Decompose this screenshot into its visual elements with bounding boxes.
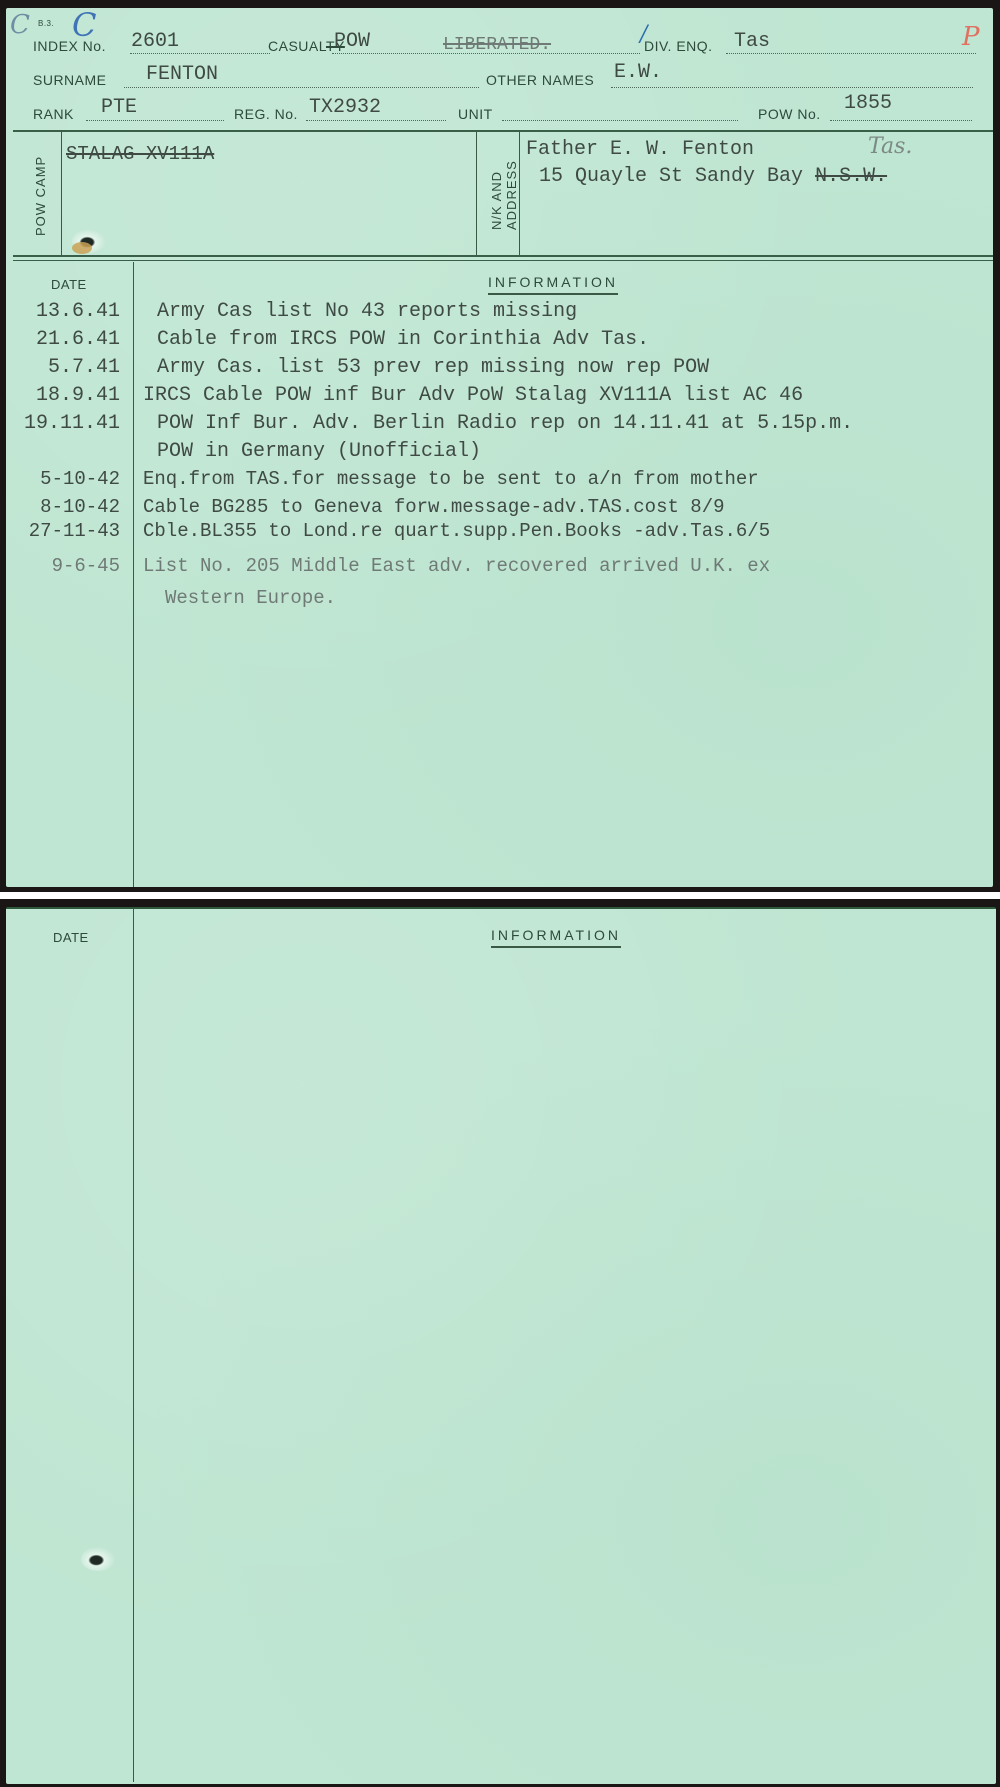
log-entry-date: 18.9.41 [8, 384, 120, 407]
log-entry-info: POW Inf Bur. Adv. Berlin Radio rep on 14… [157, 412, 853, 435]
div-enq-label: DIV. ENQ. [644, 38, 713, 54]
log-entry-continuation: POW in Germany (Unofficial) [157, 440, 481, 463]
pow-camp-right-divider [476, 131, 477, 255]
pow-no-label: POW No. [758, 106, 821, 122]
surname-value: FENTON [146, 63, 218, 86]
handwritten-p-mark: P [962, 22, 980, 52]
log-entry-info: Cble.BL355 to Lond.re quart.supp.Pen.Boo… [143, 520, 770, 542]
reg-no-dotted-line [306, 120, 446, 121]
stain-mark [72, 242, 92, 254]
box-top-rule [13, 130, 993, 132]
nok-address-struck-state: N.S.W. [815, 165, 887, 188]
other-names-dotted-line [611, 87, 973, 88]
nok-label-line1: N/K AND [489, 171, 504, 230]
reg-no-label: REG. No. [234, 106, 298, 122]
log-entry-date: 21.6.41 [8, 328, 120, 351]
card-back: DATE INFORMATION [6, 907, 996, 1784]
nok-label-divider [519, 131, 520, 255]
pow-camp-value: STALAG XV111A [66, 143, 214, 165]
index-label: INDEX No. [33, 38, 106, 54]
log-entry-date: 5-10-42 [8, 468, 120, 490]
unit-label: UNIT [458, 106, 493, 122]
form-code: B.3. [38, 19, 54, 28]
log-entry-info: List No. 205 Middle East adv. recovered … [143, 555, 770, 577]
surname-dotted-line [124, 87, 479, 88]
log-entry-date: 8-10-42 [8, 496, 120, 518]
index-dotted-line [130, 53, 270, 54]
div-enq-dotted-line [726, 53, 976, 54]
pow-no-value: 1855 [844, 92, 892, 115]
information-header: INFORMATION [488, 274, 618, 295]
card-front: C B.3. C / P INDEX No. 2601 CASUALTY POW… [6, 8, 993, 887]
log-entry-date: 19.11.41 [8, 412, 120, 435]
card-front-scan: C B.3. C / P INDEX No. 2601 CASUALTY POW… [0, 0, 1000, 892]
handwritten-c-mark: C [10, 10, 30, 40]
log-entry-info: Cable from IRCS POW in Corinthia Adv Tas… [157, 328, 649, 351]
log-entry-date: 27-11-43 [8, 520, 120, 542]
log-entry-info: Army Cas list No 43 reports missing [157, 300, 577, 323]
div-enq-value: Tas [734, 30, 770, 53]
nok-address: 15 Quayle St Sandy Bay [539, 165, 803, 188]
back-date-column-divider [133, 909, 134, 1782]
log-entry-date: 9-6-45 [8, 555, 120, 577]
nok-label-line2: ADDRESS [504, 160, 519, 230]
log-entry-info: IRCS Cable POW inf Bur Adv PoW Stalag XV… [143, 384, 803, 407]
reg-no-value: TX2932 [309, 96, 381, 119]
log-entry-date: 13.6.41 [8, 300, 120, 323]
card-back-scan: DATE INFORMATION [0, 899, 1000, 1787]
log-entry-date: 5.7.41 [8, 356, 120, 379]
pow-camp-label: POW CAMP [33, 156, 48, 236]
casualty-dotted-line [332, 53, 640, 54]
other-names-label: OTHER NAMES [486, 72, 594, 88]
surname-label: SURNAME [33, 72, 107, 88]
box-bottom-rule-2 [13, 260, 993, 261]
back-punch-hole-mark [81, 1547, 115, 1571]
handwritten-tas-correction: Tas. [868, 134, 912, 159]
rank-label: RANK [33, 106, 74, 122]
log-entry-info: Army Cas. list 53 prev rep missing now r… [157, 356, 709, 379]
log-entry-continuation: Western Europe. [165, 587, 336, 609]
back-information-header: INFORMATION [491, 927, 621, 948]
box-bottom-rule-1 [13, 255, 993, 257]
pow-no-dotted-line [830, 120, 972, 121]
date-header: DATE [51, 277, 87, 292]
other-names-value: E.W. [614, 61, 662, 84]
nok-line2: 15 Quayle St Sandy Bay N.S.W. [539, 165, 887, 188]
back-date-header: DATE [53, 930, 89, 945]
rank-dotted-line [86, 120, 224, 121]
index-value: 2601 [131, 30, 179, 53]
unit-dotted-line [502, 120, 738, 121]
casualty-value: POW [334, 30, 370, 53]
log-entry-info: Cable BG285 to Geneva forw.message-adv.T… [143, 496, 725, 518]
casualty-struck-value: LIBERATED. [443, 35, 551, 55]
log-entry-info: Enq.from TAS.for message to be sent to a… [143, 468, 759, 490]
date-column-divider [133, 262, 134, 887]
pow-camp-label-divider [61, 131, 62, 255]
nok-line1: Father E. W. Fenton [526, 138, 754, 161]
rank-value: PTE [101, 96, 137, 119]
